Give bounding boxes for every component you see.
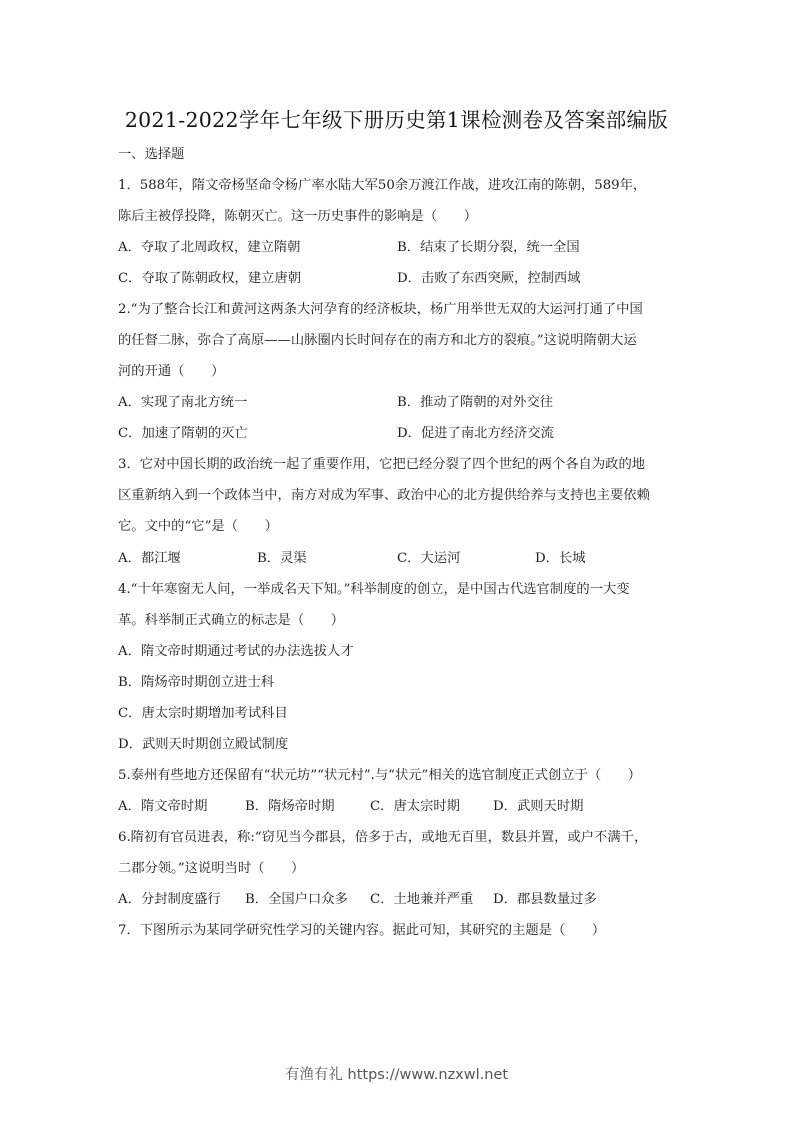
question-text: 5.泰州有些地方还保留有“状元坊”“状元村”.与“状元”相关的选官制度正式创立于…	[118, 767, 641, 785]
option-d: D．促进了南北方经济交流	[397, 425, 554, 443]
option-c: C．加速了隋朝的灭亡	[118, 425, 248, 443]
option-c: C．唐太宗时期增加考试科目	[118, 705, 288, 723]
question-text: 的任督二脉，弥合了高原——山脉圈内长时间存在的南方和北方的裂痕。”这说明隋朝大运	[118, 332, 637, 350]
option-d: D．武则天时期	[493, 798, 583, 816]
document-title: 2021-2022学年七年级下册历史第1课检测卷及答案部编版	[0, 103, 793, 133]
question-text: 3．它对中国长期的政治统一起了重要作用，它把已经分裂了四个世纪的两个各自为政的地	[118, 456, 645, 474]
option-b: B．全国户口众多	[245, 891, 348, 909]
option-c: C．夺取了陈朝政权，建立唐朝	[118, 270, 301, 288]
option-a: A．分封制度盛行	[118, 891, 221, 909]
document-page: 2021-2022学年七年级下册历史第1课检测卷及答案部编版 一、选择题 1．5…	[0, 0, 793, 1122]
footer-watermark: 有渔有礼 https://www.nzxwl.net	[0, 1063, 793, 1084]
option-b: B．推动了隋朝的对外交往	[397, 394, 553, 412]
question-text: 陈后主被俘投降，陈朝灭亡。这一历史事件的影响是（ ）	[118, 208, 477, 226]
question-text: 2.“为了整合长江和黄河这两条大河孕育的经济板块，杨广用举世无双的大运河打通了中…	[118, 301, 643, 319]
question-text: 6.隋初有官员进表，称:“窃见当今郡县，倍多于古，或地无百里，数县并置，或户不满…	[118, 829, 647, 847]
option-a: A．隋文帝时期	[118, 798, 207, 816]
option-a: A．夺取了北周政权，建立隋朝	[118, 239, 300, 257]
option-b: B．隋炀帝时期创立进士科	[118, 674, 274, 692]
question-text: 它。文中的“它”是（ ）	[118, 518, 278, 536]
option-c: C．唐太宗时期	[370, 798, 460, 816]
section-heading: 一、选择题	[118, 146, 184, 164]
option-b: B．隋炀帝时期	[245, 798, 335, 816]
question-text: 1．588年，隋文帝杨坚命令杨广率水陆大军50余万渡江作战，进攻江南的陈朝，58…	[118, 177, 646, 195]
question-text: 二郡分领。”这说明当时（ ）	[118, 860, 304, 878]
option-a: A．隋文帝时期通过考试的办法选拔人才	[118, 643, 354, 661]
question-text: 区重新纳入到一个政体当中，南方对成为军事、政治中心的北方提供给养与支持也主要依赖	[118, 487, 650, 505]
option-d: D．武则天时期创立殿试制度	[118, 736, 288, 754]
option-d: D．长城	[535, 550, 586, 568]
question-text: 革。科举制正式确立的标志是（ ）	[118, 612, 344, 630]
option-a: A．都江堰	[118, 550, 181, 568]
option-b: B．结束了长期分裂，统一全国	[397, 239, 580, 257]
option-d: D．郡县数量过多	[493, 891, 597, 909]
option-b: B．灵渠	[257, 550, 307, 568]
question-text: 河的开通（ ）	[118, 363, 224, 381]
option-c: C．大运河	[397, 550, 460, 568]
question-text: 4.“十年寒窗无人问，一举成名天下知。”科举制度的创立，是中国古代选官制度的一大…	[118, 581, 630, 599]
option-d: D．击败了东西突厥，控制西域	[397, 270, 581, 288]
question-text: 7．下图所示为某同学研究性学习的关键内容。据此可知，其研究的主题是（ ）	[118, 922, 605, 940]
option-a: A．实现了南北方统一	[118, 394, 247, 412]
option-c: C．土地兼并严重	[370, 891, 473, 909]
